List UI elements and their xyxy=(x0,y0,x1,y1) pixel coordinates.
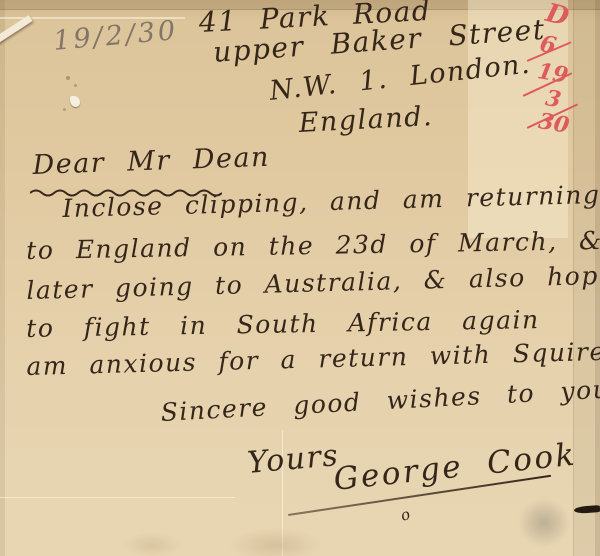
paper-crease-horizontal xyxy=(0,497,235,498)
body-line-4: to fight in South Africa again xyxy=(26,305,540,343)
red-date-year: 30 xyxy=(536,108,571,139)
red-date-day: 19 xyxy=(535,58,570,89)
signature-flourish-loop: o xyxy=(398,504,414,525)
paper-left-edge xyxy=(0,0,5,556)
paper-hole-speck xyxy=(70,96,80,107)
letter-scan: 19/2/30 41 Park Road upper Baker Street … xyxy=(0,0,600,556)
ink-blot xyxy=(574,505,600,514)
address-line-4: England. xyxy=(298,101,434,139)
signoff: Yours xyxy=(246,438,341,481)
paper-speck xyxy=(66,76,70,80)
closing-line: Sincere good wishes to you. xyxy=(160,374,600,427)
red-mark-letter: D xyxy=(543,0,572,33)
body-line-3: later going to Australia, & also hope xyxy=(26,261,600,305)
paper-speck xyxy=(74,84,77,87)
paper-stain xyxy=(122,532,182,556)
body-line-2: to England on the 23d of March, & xyxy=(26,226,600,265)
salutation: Dear Mr Dean xyxy=(32,142,270,181)
paper-smudge xyxy=(518,498,570,548)
paper-stain xyxy=(228,528,323,556)
body-line-5: am anxious for a return with Squires xyxy=(26,336,600,381)
paper-speck xyxy=(63,108,66,111)
paper-corner-tear xyxy=(0,15,33,44)
pencil-date: 19/2/30 xyxy=(52,15,179,57)
